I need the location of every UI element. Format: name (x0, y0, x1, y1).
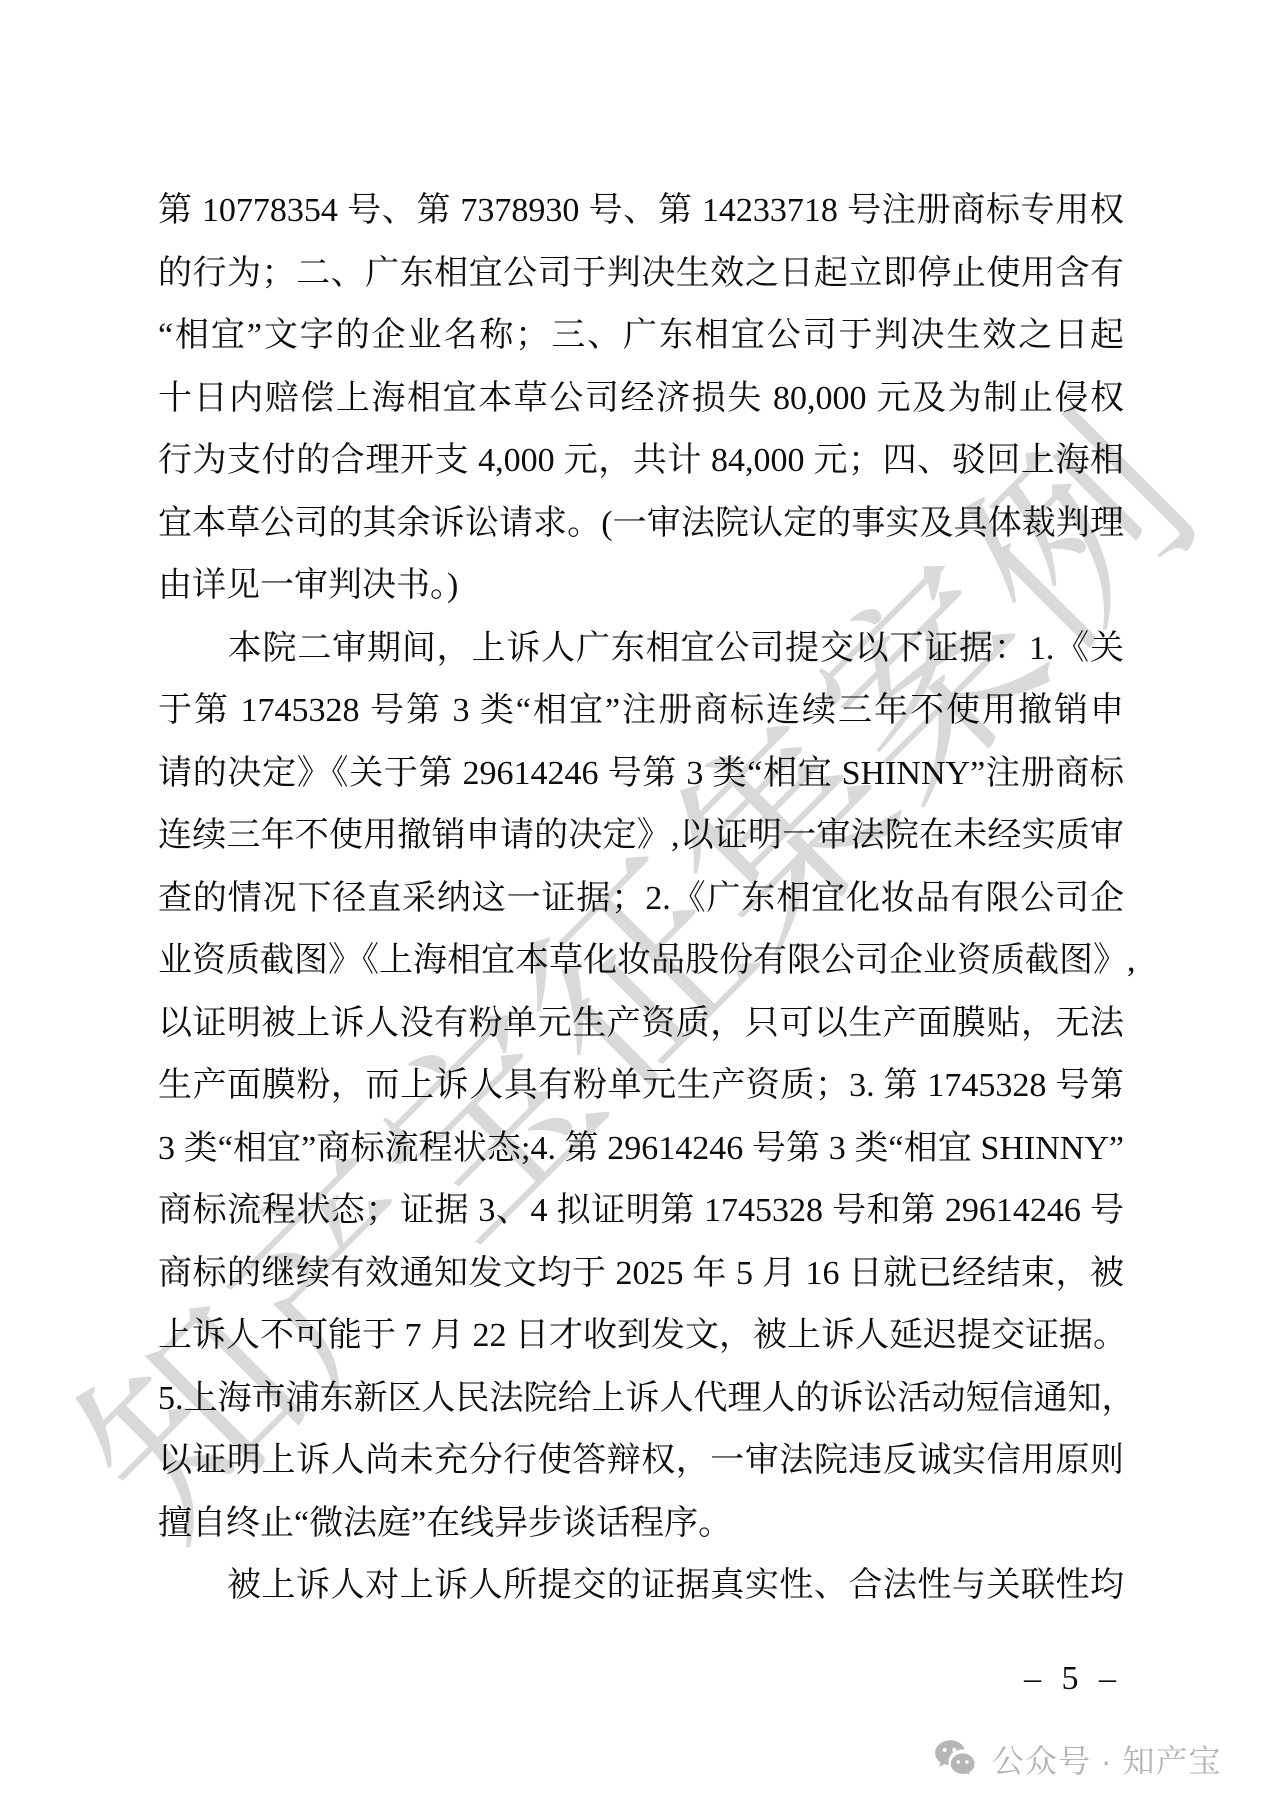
text-line: 请的决定》《关于第 29614246 号第 3 类“相宜 SHINNY”注册商标 (158, 743, 1124, 806)
text-line: 由详见一审判决书。) (158, 555, 1124, 618)
footer-brand: 公众号 · 知产宝 (933, 1736, 1221, 1782)
text-line: 5.上海市浦东新区人民法院给上诉人代理人的诉讼活动短信通知， (158, 1368, 1124, 1431)
text-line: 十日内赔偿上海相宜本草公司经济损失 80,000 元及为制止侵权 (158, 368, 1124, 431)
text-line: 业资质截图》《上海相宜本草化妆品股份有限公司企业资质截图》, (158, 930, 1124, 993)
text-line: 商标的继续有效通知发文均于 2025 年 5 月 16 日就已经结束，被 (158, 1243, 1124, 1306)
text-line: 第 10778354 号、第 7378930 号、第 14233718 号注册商… (158, 180, 1124, 243)
wechat-icon (933, 1739, 979, 1779)
text-line: 本院二审期间，上诉人广东相宜公司提交以下证据：1.《关 (158, 618, 1124, 681)
text-line: 3 类“相宜”商标流程状态;4. 第 29614246 号第 3 类“相宜 SH… (158, 1118, 1124, 1181)
text-line: 的行为；二、广东相宜公司于判决生效之日起立即停止使用含有 (158, 243, 1124, 306)
text-line: 以证明被上诉人没有粉单元生产资质，只可以生产面膜贴，无法 (158, 993, 1124, 1056)
footer-label: 公众号 · 知产宝 (992, 1736, 1221, 1782)
text-line: 以证明上诉人尚未充分行使答辩权，一审法院违反诚实信用原则 (158, 1430, 1124, 1493)
text-line: 行为支付的合理开支 4,000 元，共计 84,000 元；四、驳回上海相 (158, 430, 1124, 493)
text-line: 于第 1745328 号第 3 类“相宜”注册商标连续三年不使用撤销申 (158, 680, 1124, 743)
text-line: “相宜”文字的企业名称；三、广东相宜公司于判决生效之日起 (158, 305, 1124, 368)
document-body: 第 10778354 号、第 7378930 号、第 14233718 号注册商… (158, 180, 1124, 1618)
text-line: 查的情况下径直采纳这一证据；2.《广东相宜化妆品有限公司企 (158, 868, 1124, 931)
page-number: – 5 – (1024, 1660, 1122, 1698)
text-line: 商标流程状态；证据 3、4 拟证明第 1745328 号和第 29614246 … (158, 1180, 1124, 1243)
text-line: 上诉人不可能于 7 月 22 日才收到发文，被上诉人延迟提交证据。 (158, 1305, 1124, 1368)
document-page: 知产宝征集案例 第 10778354 号、第 7378930 号、第 14233… (0, 0, 1280, 1810)
text-line: 宜本草公司的其余诉讼请求。(一审法院认定的事实及具体裁判理 (158, 493, 1124, 556)
text-line: 连续三年不使用撤销申请的决定》,以证明一审法院在未经实质审 (158, 805, 1124, 868)
text-line: 生产面膜粉，而上诉人具有粉单元生产资质；3. 第 1745328 号第 (158, 1055, 1124, 1118)
text-line: 擅自终止“微法庭”在线异步谈话程序。 (158, 1493, 1124, 1556)
text-line: 被上诉人对上诉人所提交的证据真实性、合法性与关联性均 (158, 1555, 1124, 1618)
